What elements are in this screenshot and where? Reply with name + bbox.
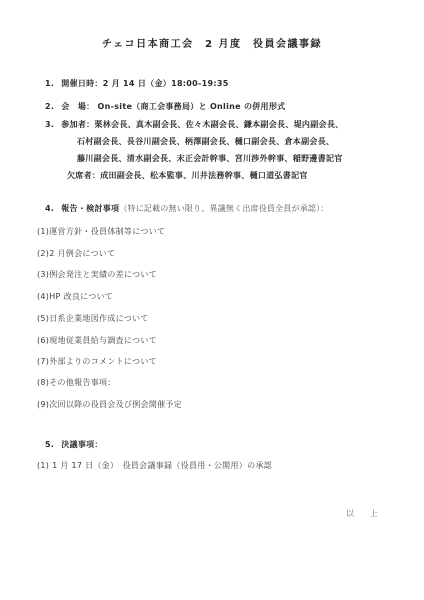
section-number: 4. <box>45 204 54 214</box>
report-item: (4)HP 改良について <box>37 292 113 302</box>
resolution-item: (1) 1 月 17 日（金） 役員会議事録（役員用・公開用）の承認 <box>37 461 272 471</box>
section-number: 5. <box>45 440 54 450</box>
report-section-heading: 4.報告・検討事項（特に記載の無い限り、異議無く出席役員全員が承認）： <box>45 204 329 214</box>
item-number: 2. <box>45 102 54 112</box>
report-section-title: 報告・検討事項 <box>61 204 119 213</box>
report-item: (3)例会発注と実績の差について <box>37 270 157 280</box>
document-page: チェコ日本商工会 2 月度 役員会議事録 1.開催日時：2 月 14 日（金）1… <box>0 0 424 600</box>
participants-line-1: 3.参加者：栗林会長、真木副会長、佐々木副会長、鎌本副会長、堤内副会長、 <box>45 120 343 130</box>
report-item: (2)2 月例会について <box>37 249 115 259</box>
item-number: 3. <box>45 120 54 130</box>
document-title: チェコ日本商工会 2 月度 役員会議事録 <box>0 35 424 50</box>
resolution-section-heading: 5.決議事項： <box>45 440 103 450</box>
meeting-venue-text: 会 場： On-site（商工会事務局）と Online の併用形式 <box>61 102 285 111</box>
participants-line-2: 石村副会長、長谷川副会長、柄澤副会長、樋口副会長、倉本副会長、 <box>77 137 334 147</box>
report-section-note: （特に記載の無い限り、異議無く出席役員全員が承認）： <box>119 204 328 213</box>
report-item: (7)外部よりのコメントについて <box>37 357 157 367</box>
report-item: (6)現地従業員給与調査について <box>37 336 157 346</box>
report-item: (9)次回以降の役員会及び例会開催予定 <box>37 400 182 410</box>
report-item: (1)運営方針・役員体制等について <box>37 227 165 237</box>
absentees-line: 欠席者：成田副会長、松本監事、川井法務幹事、樋口道弘書記官 <box>67 171 308 181</box>
item-number: 1. <box>45 79 54 89</box>
resolution-section-title: 決議事項： <box>61 440 103 449</box>
report-item: (5)日系企業地図作成について <box>37 314 149 324</box>
meeting-venue-line: 2.会 場： On-site（商工会事務局）と Online の併用形式 <box>45 102 285 112</box>
meeting-datetime-text: 開催日時：2 月 14 日（金）18:00-19:35 <box>61 79 228 88</box>
closing-mark: 以 上 <box>346 509 382 519</box>
report-item: (8)その他報告事項： <box>37 378 116 388</box>
participants-line-3: 藤川副会長、清水副会長、末正会計幹事、宮川渉外幹事、稲野邊書記官 <box>77 154 343 164</box>
participants-text-1: 参加者：栗林会長、真木副会長、佐々木副会長、鎌本副会長、堤内副会長、 <box>61 120 343 129</box>
meeting-datetime-line: 1.開催日時：2 月 14 日（金）18:00-19:35 <box>45 79 229 89</box>
